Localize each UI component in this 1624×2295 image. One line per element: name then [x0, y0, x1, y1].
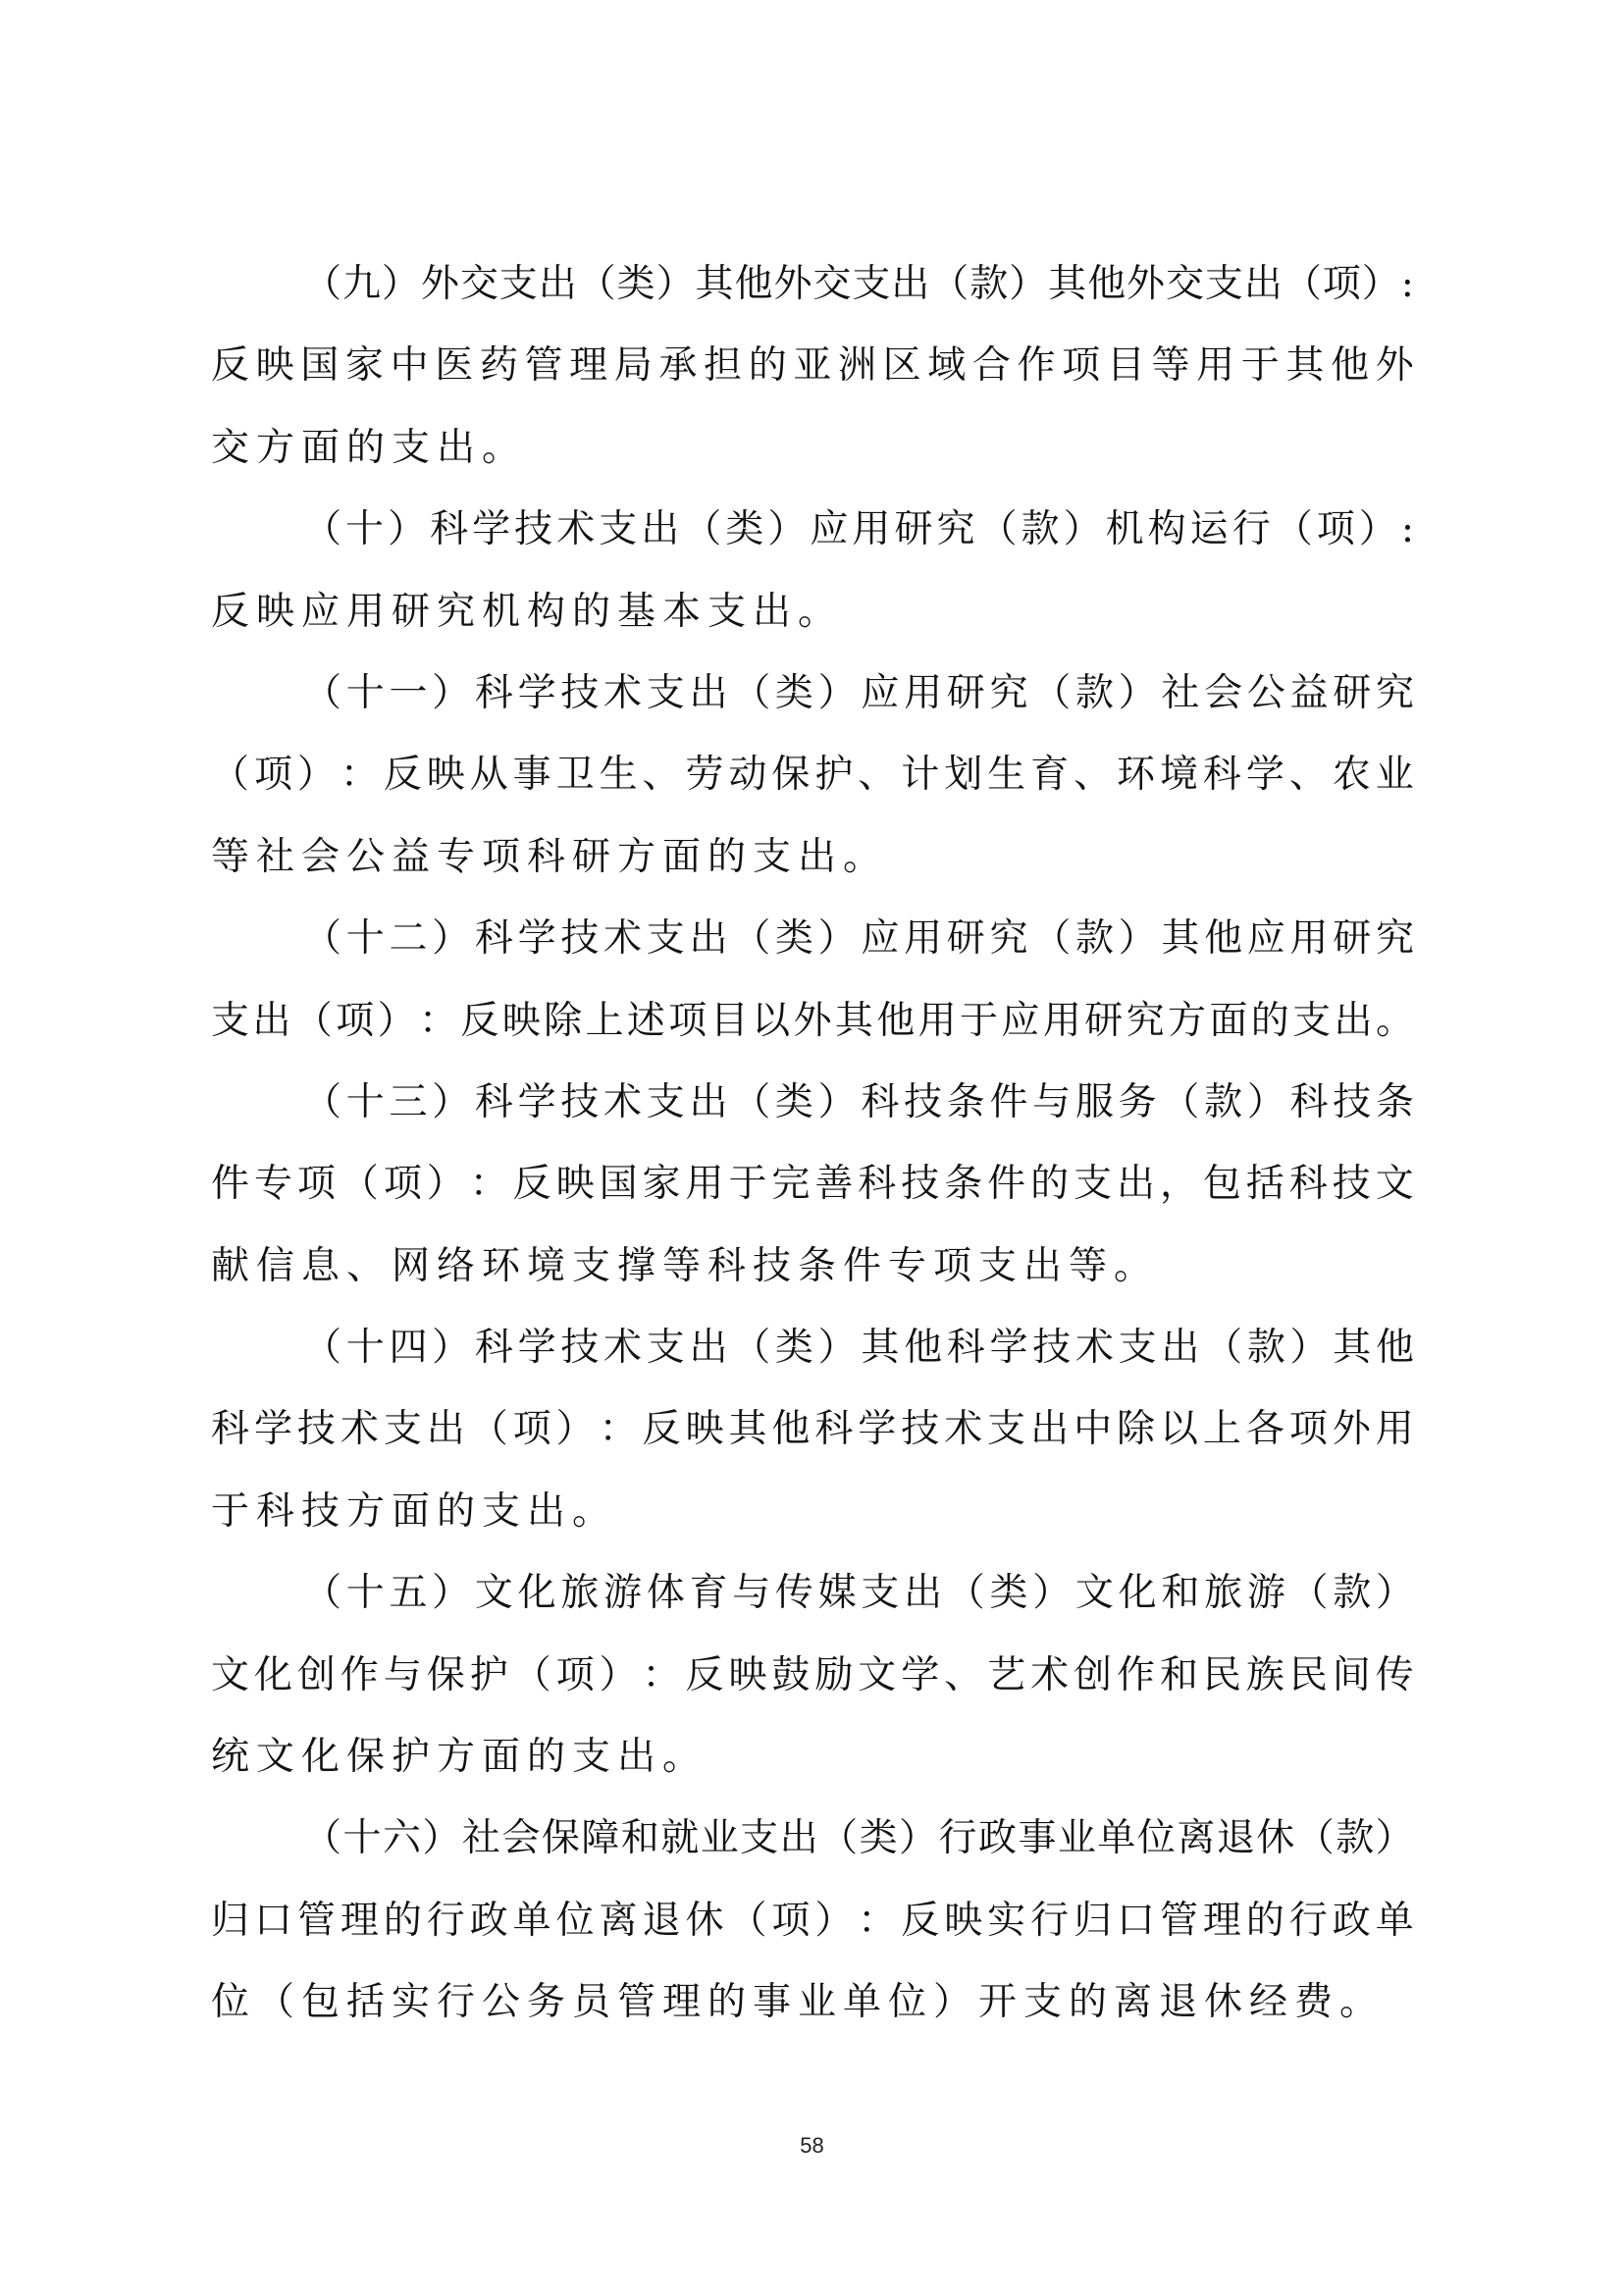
page-number: 58	[0, 2133, 1624, 2159]
paragraph-line: （十三）科学技术支出（类）科技条件与服务（款）科技条	[211, 1062, 1414, 1143]
body-text: （九）外交支出（类）其他外交支出（款）其他外交支出（项）: 反映国家中医药管理局…	[211, 243, 1414, 2044]
paragraph-line: 反映应用研究机构的基本支出。	[211, 571, 1414, 652]
paragraph-line: （十六）社会保障和就业支出（类）行政事业单位离退休（款）	[211, 1798, 1414, 1879]
paragraph-15: （十五）文化旅游体育与传媒支出（类）文化和旅游（款） 文化创作与保护（项）：反映…	[211, 1552, 1414, 1798]
paragraph-line: 支出（项）：反映除上述项目以外其他用于应用研究方面的支出。	[211, 980, 1414, 1062]
paragraph-11: （十一）科学技术支出（类）应用研究（款）社会公益研究 （项）：反映从事卫生、劳动…	[211, 652, 1414, 898]
paragraph-16: （十六）社会保障和就业支出（类）行政事业单位离退休（款） 归口管理的行政单位离退…	[211, 1798, 1414, 2043]
paragraph-9: （九）外交支出（类）其他外交支出（款）其他外交支出（项）: 反映国家中医药管理局…	[211, 243, 1414, 489]
paragraph-line: 件专项（项）：反映国家用于完善科技条件的支出，包括科技文	[211, 1143, 1414, 1225]
paragraph-line: 献信息、网络环境支撑等科技条件专项支出等。	[211, 1226, 1414, 1307]
paragraph-line: 文化创作与保护（项）：反映鼓励文学、艺术创作和民族民间传	[211, 1635, 1414, 1716]
paragraph-10: （十）科学技术支出（类）应用研究（款）机构运行（项）: 反映应用研究机构的基本支…	[211, 489, 1414, 652]
paragraph-line: 反映国家中医药管理局承担的亚洲区域合作项目等用于其他外	[211, 325, 1414, 406]
paragraph-line: （十）科学技术支出（类）应用研究（款）机构运行（项）:	[211, 489, 1414, 570]
paragraph-12: （十二）科学技术支出（类）应用研究（款）其他应用研究 支出（项）：反映除上述项目…	[211, 898, 1414, 1062]
paragraph-line: 科学技术支出（项）：反映其他科学技术支出中除以上各项外用	[211, 1388, 1414, 1470]
document-page: （九）外交支出（类）其他外交支出（款）其他外交支出（项）: 反映国家中医药管理局…	[0, 0, 1624, 2295]
paragraph-line: （十五）文化旅游体育与传媒支出（类）文化和旅游（款）	[211, 1552, 1414, 1634]
paragraph-line: 统文化保护方面的支出。	[211, 1716, 1414, 1798]
paragraph-line: （九）外交支出（类）其他外交支出（款）其他外交支出（项）:	[211, 243, 1414, 325]
paragraph-line: （十一）科学技术支出（类）应用研究（款）社会公益研究	[211, 652, 1414, 734]
paragraph-line: 等社会公益专项科研方面的支出。	[211, 816, 1414, 898]
paragraph-line: 于科技方面的支出。	[211, 1471, 1414, 1552]
paragraph-line: 位（包括实行公务员管理的事业单位）开支的离退休经费。	[211, 1961, 1414, 2043]
paragraph-14: （十四）科学技术支出（类）其他科学技术支出（款）其他 科学技术支出（项）：反映其…	[211, 1307, 1414, 1552]
paragraph-line: （十四）科学技术支出（类）其他科学技术支出（款）其他	[211, 1307, 1414, 1388]
paragraph-line: 交方面的支出。	[211, 407, 1414, 489]
paragraph-line: （十二）科学技术支出（类）应用研究（款）其他应用研究	[211, 898, 1414, 979]
paragraph-line: 归口管理的行政单位离退休（项）：反映实行归口管理的行政单	[211, 1880, 1414, 1961]
paragraph-line: （项）：反映从事卫生、劳动保护、计划生育、环境科学、农业	[211, 734, 1414, 815]
paragraph-13: （十三）科学技术支出（类）科技条件与服务（款）科技条 件专项（项）：反映国家用于…	[211, 1062, 1414, 1307]
